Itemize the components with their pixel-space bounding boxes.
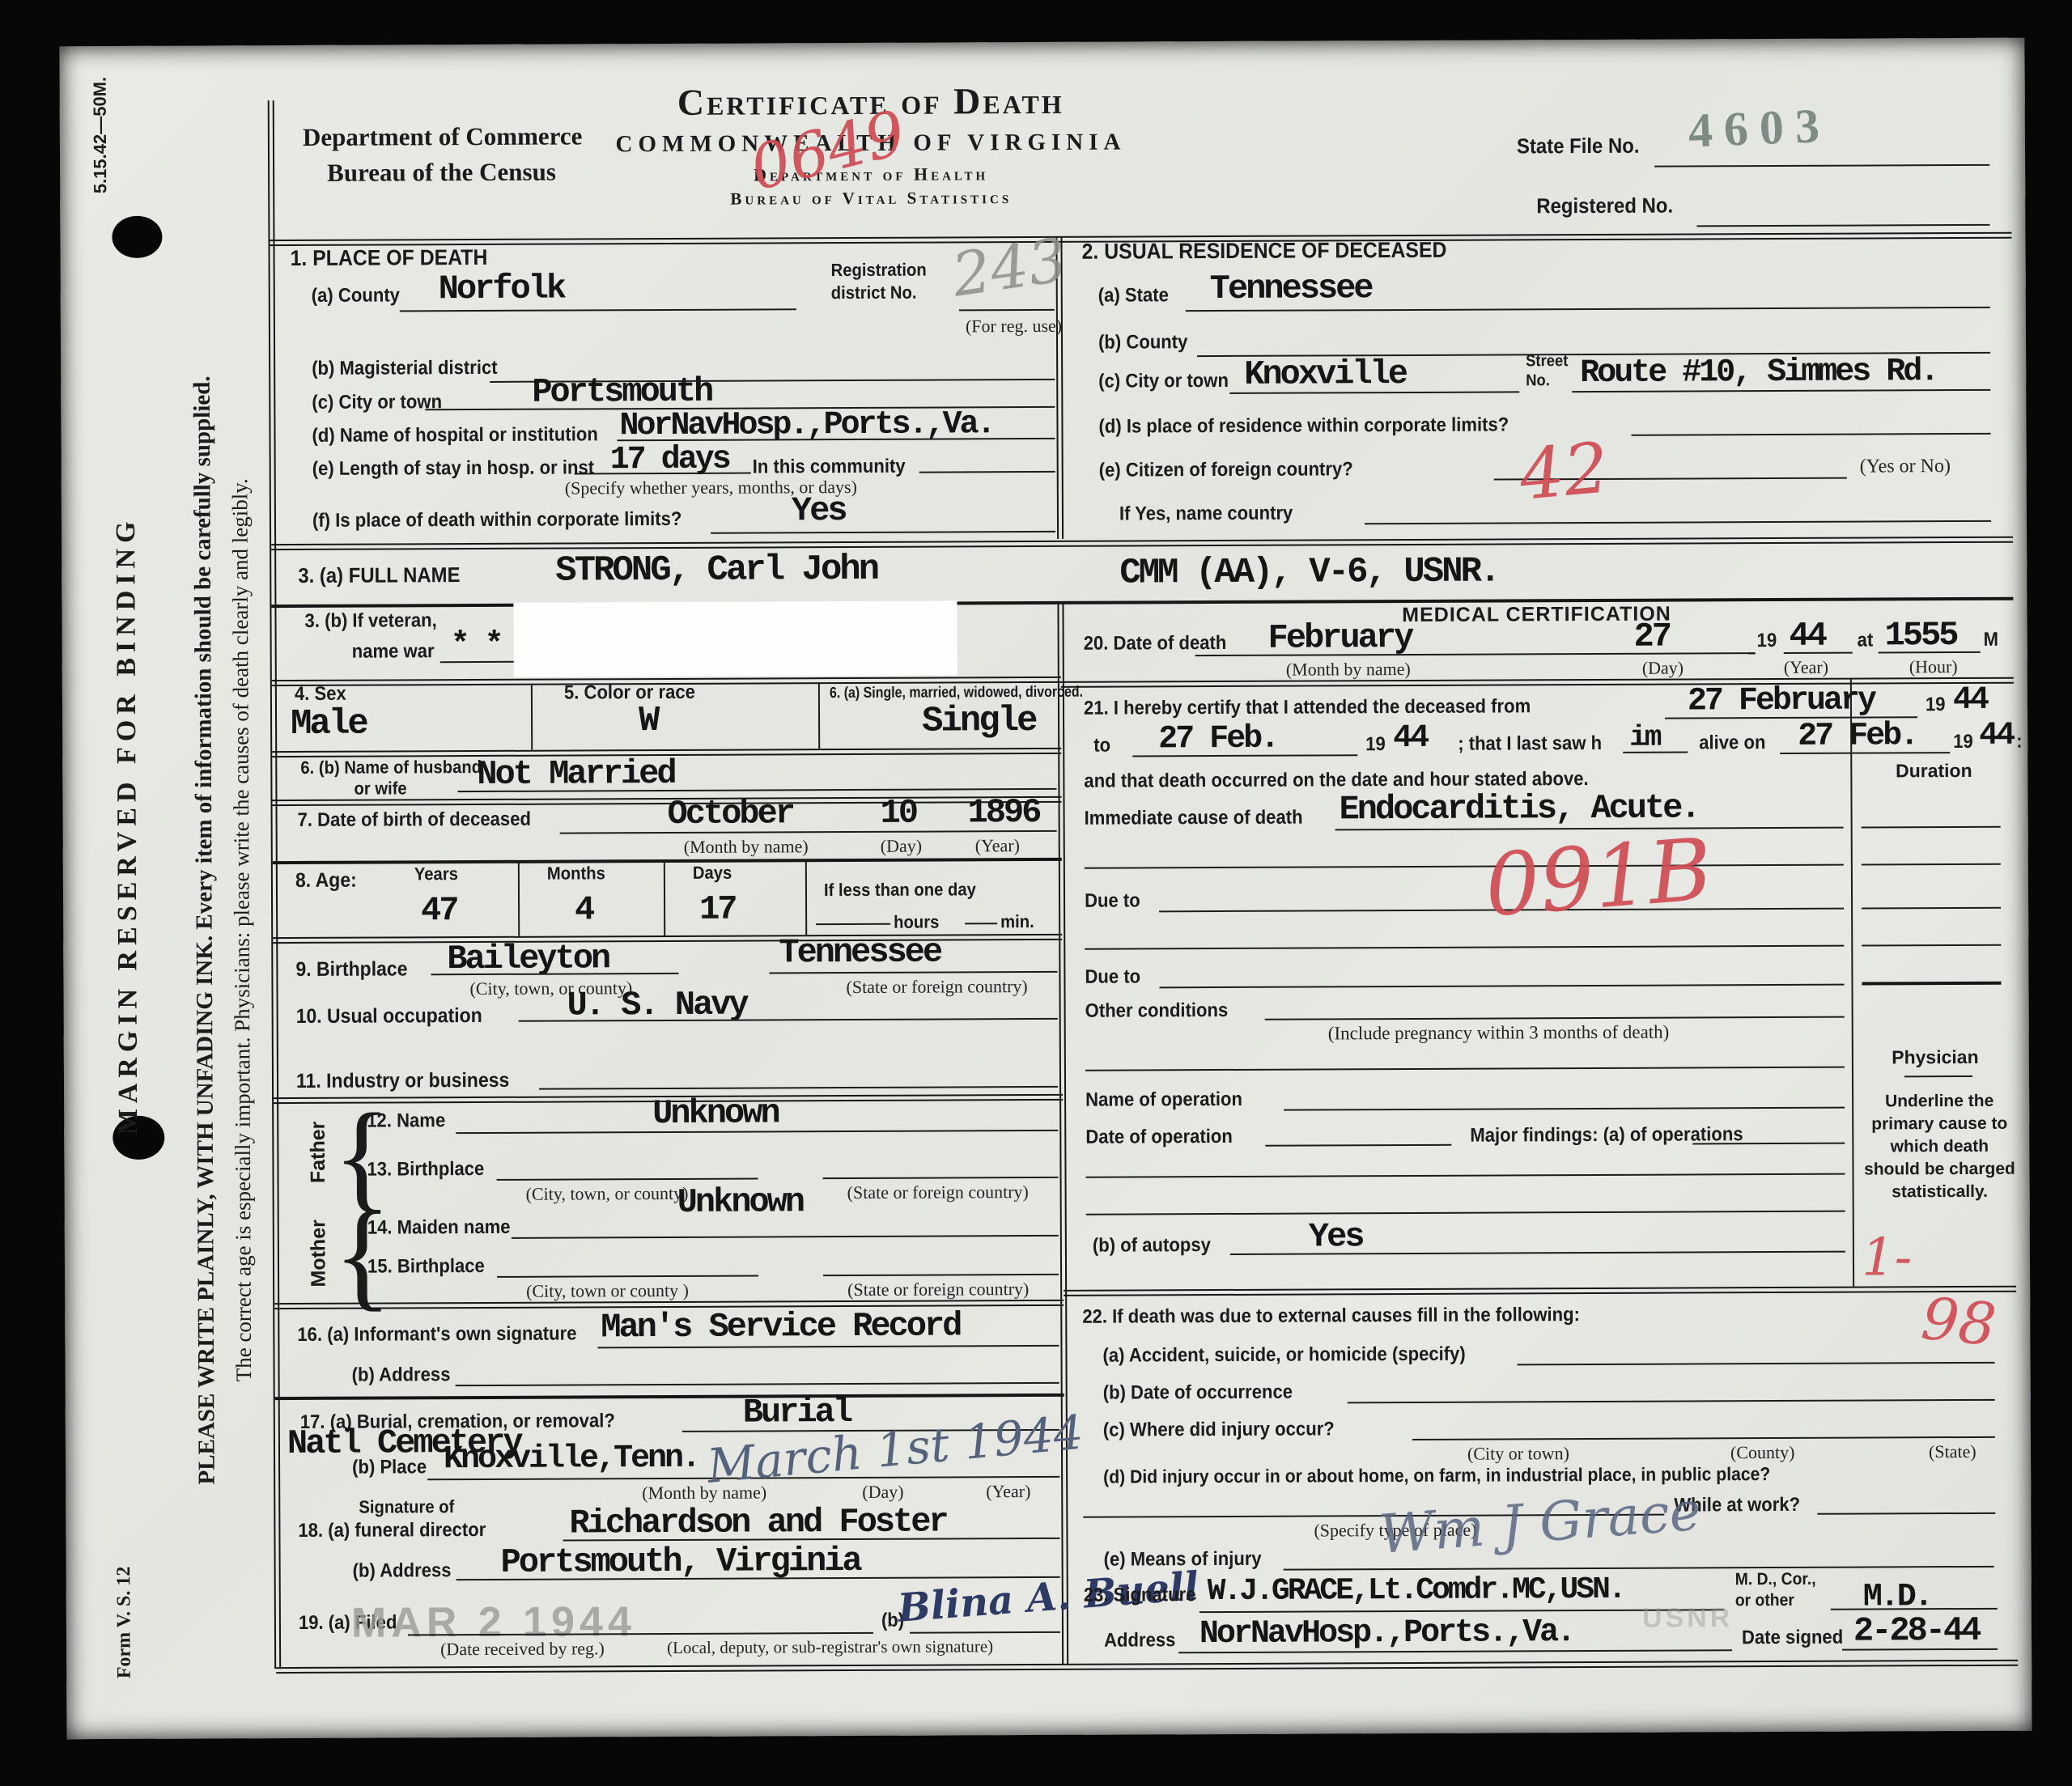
field-line: [1784, 652, 1853, 654]
father-name-label: 12. Name: [367, 1109, 445, 1132]
place-of-death-heading: 1. PLACE OF DEATH: [291, 245, 488, 271]
community-label: In this community: [753, 456, 906, 479]
burial-place-value: Knoxville,Tenn.: [444, 1440, 698, 1478]
year-note: (Year): [975, 835, 1020, 856]
cell-divider: [818, 682, 820, 749]
corporate-limits-label: (f) Is place of death within corporate l…: [312, 508, 681, 532]
cell-divider: [805, 860, 807, 935]
attended-from-value: 27 February: [1688, 682, 1875, 719]
rank-value: CMM (AA), V-6, USNR.: [1119, 552, 1498, 594]
field-line: [816, 923, 890, 925]
day-note: (Day): [881, 836, 922, 857]
md-cor-label: M. D., Cor.,: [1735, 1570, 1816, 1589]
yes-or-no-note: (Yes or No): [1860, 456, 1951, 477]
months-value: 4: [575, 890, 592, 929]
informant-label: 16. (a) Informant's own signature: [297, 1322, 576, 1347]
corporate-limits-value: Yes: [792, 491, 846, 530]
date-of-death-label: 20. Date of death: [1084, 632, 1227, 655]
duration-line-heavy: [1862, 982, 2001, 986]
punch-hole: [112, 216, 162, 258]
form-code: Form V. S. 12: [113, 1567, 136, 1679]
residence-corporate-label: (d) Is place of residence within corpora…: [1098, 414, 1509, 438]
full-name-label: 3. (a) FULL NAME: [298, 562, 460, 588]
date-signed-label: Date signed: [1742, 1627, 1843, 1650]
death-year: 44: [1790, 617, 1826, 655]
stay-label: (e) Length of stay in hosp. or inst: [312, 456, 594, 481]
spouse-value: Not Married: [477, 754, 674, 794]
state-foreign-note2: (State or foreign country): [847, 1279, 1029, 1300]
race-value: W: [639, 701, 658, 741]
funeral-address-label: (b) Address: [353, 1559, 452, 1583]
month-note: (Month by name): [1286, 659, 1411, 681]
birthplace-label: 9. Birthplace: [295, 957, 407, 982]
signature-of-label: Signature of: [359, 1496, 454, 1518]
informant-address-label: (b) Address: [352, 1364, 451, 1387]
printed-19: 19: [1953, 731, 1973, 753]
m-label: M: [1984, 629, 1999, 651]
marital-value: Single: [922, 701, 1036, 742]
last-saw-label: ; that I last saw h: [1458, 732, 1602, 756]
residence-city-label: (c) City or town: [1098, 370, 1229, 393]
mother-birthplace-label: 15. Birthplace: [367, 1255, 485, 1279]
month-note: (Month by name): [684, 836, 809, 858]
redaction-box: [513, 600, 957, 677]
veteran-label: 3. (b) If veteran,: [304, 609, 436, 633]
margin-instruction-1: PLEASE WRITE PLAINLY, WITH UNFADING INK.…: [189, 375, 221, 1484]
mother-label: Mother: [307, 1220, 330, 1287]
father-birthplace-label: 13. Birthplace: [367, 1158, 484, 1181]
state-note: (State): [1929, 1441, 1976, 1462]
spouse-label: 6. (b) Name of husband: [300, 757, 482, 778]
underline-instruction: Underline the primary cause to which dea…: [1861, 1090, 2019, 1204]
dob-month: October: [667, 794, 793, 834]
field-line: [965, 923, 997, 924]
signature-23-label: 23. Signature: [1084, 1584, 1196, 1607]
autopsy-label: (b) of autopsy: [1093, 1234, 1211, 1258]
state-file-number-stamp: 4603: [1688, 98, 1832, 159]
street-no-label: No.: [1526, 371, 1550, 390]
dob-year: 1896: [967, 793, 1039, 832]
days-label: Days: [693, 863, 732, 884]
name-country-label: If Yes, name country: [1119, 503, 1293, 526]
colon: :: [2016, 731, 2022, 753]
hour-note: (Hour): [1909, 656, 1958, 677]
printed-19: 19: [1757, 630, 1777, 652]
dob-label: 7. Date of birth of deceased: [298, 808, 531, 832]
handwritten-red-42: 42: [1516, 427, 1611, 516]
means-of-injury-label: (e) Means of injury: [1104, 1548, 1262, 1572]
print-code: 5.15.42—50M.: [90, 77, 112, 193]
hours-label: hours: [894, 912, 939, 933]
other-conditions-label: Other conditions: [1085, 999, 1229, 1023]
county-note: (County): [1730, 1442, 1795, 1463]
usnr-stamp: USNR: [1642, 1602, 1734, 1634]
funeral-address-value: Portsmouth, Virginia: [500, 1542, 860, 1582]
registered-no-label: Registered No.: [1536, 193, 1673, 219]
state-foreign-note: (State or foreign country): [846, 976, 1027, 998]
injury-where-label: (c) Where did injury occur?: [1103, 1418, 1335, 1441]
due-to-label2: Due to: [1085, 965, 1140, 988]
immediate-cause-label: Immediate cause of death: [1085, 807, 1303, 830]
county-label: (a) County: [312, 284, 400, 307]
name-of-operation-label: Name of operation: [1085, 1088, 1242, 1112]
cell-divider: [518, 862, 520, 936]
autopsy-value: Yes: [1309, 1217, 1363, 1256]
handwritten-red-091B: 091B: [1482, 820, 1716, 935]
binding-margin-text: MARGIN RESERVED FOR BINDING: [111, 515, 144, 1135]
field-line: [1623, 751, 1688, 753]
spouse-label2: or wife: [354, 778, 406, 799]
address-23-label: Address: [1104, 1629, 1175, 1652]
street-label: Street: [1526, 352, 1568, 371]
father-label: Father: [307, 1122, 330, 1184]
md-value: M.D.: [1863, 1579, 1931, 1615]
city-county-note2: (City, town or county ): [526, 1280, 689, 1302]
burial-value: Burial: [743, 1393, 851, 1432]
maiden-name-label: 14. Maiden name: [367, 1216, 511, 1240]
age-label: 8. Age:: [295, 869, 357, 893]
printed-19: 19: [1365, 733, 1386, 756]
residence-county-label: (b) County: [1098, 331, 1187, 354]
cell-divider: [664, 861, 665, 935]
attended-from-year: 44: [1953, 682, 1987, 719]
pregnancy-note: (Include pregnancy within 3 months of de…: [1328, 1022, 1670, 1045]
industry-label: 11. Industry or business: [296, 1069, 509, 1093]
physician-label: Physician: [1862, 1046, 2008, 1069]
alive-value: 27 Feb.: [1798, 718, 1917, 755]
alive-on-label: alive on: [1699, 732, 1765, 754]
scanned-death-certificate: 5.15.42—50M. MARGIN RESERVED FOR BINDING…: [0, 0, 2072, 1786]
informant-value: Man's Service Record: [601, 1306, 960, 1347]
occurrence-date-label: (b) Date of occurrence: [1103, 1381, 1293, 1405]
date-of-operation-label: Date of operation: [1085, 1126, 1233, 1149]
citizen-label: (e) Citizen of foreign country?: [1099, 458, 1353, 481]
registration-district-label2: district No.: [831, 282, 917, 303]
race-label: 5. Color or race: [564, 681, 695, 705]
signature-23-value: W.J.GRACE,Lt.Comdr.MC,USN.: [1208, 1572, 1624, 1609]
funeral-director-label: 18. (a) funeral director: [298, 1519, 486, 1542]
handwritten-red-98: 98: [1918, 1284, 1999, 1360]
bureau-census: Bureau of the Census: [327, 158, 556, 188]
sex-label: 4. Sex: [295, 683, 346, 706]
residence-heading: 2. USUAL RESIDENCE OF DECEASED: [1081, 238, 1446, 265]
to-label: to: [1093, 735, 1110, 757]
min-label: min.: [1000, 911, 1034, 932]
state-foreign-note: (State or foreign country): [847, 1181, 1029, 1203]
city-town-note: (City or town): [1467, 1443, 1569, 1465]
to-value: 27 Feb.: [1158, 721, 1277, 758]
magisterial-district-label: (b) Magisterial district: [312, 357, 498, 380]
father-name-value: Unknown: [652, 1093, 779, 1133]
full-name-value: STRONG, Carl John: [555, 549, 877, 592]
less-than-day-label: If less than one day: [824, 879, 976, 901]
funeral-director-value: Richardson and Foster: [569, 1502, 947, 1542]
at-label: at: [1858, 629, 1874, 651]
month-note: (Month by name): [642, 1482, 766, 1504]
registration-district-label: Registration: [831, 260, 927, 282]
year-note: (Year): [1784, 657, 1828, 678]
dob-day: 10: [880, 794, 916, 833]
death-day: 27: [1634, 617, 1671, 656]
printed-19: 19: [1926, 694, 1946, 716]
certify-label: 21. I hereby certify that I attended the…: [1084, 695, 1531, 719]
registrar-signature-note: (Local, deputy, or sub-registrar's own s…: [667, 1636, 993, 1658]
sex-value: Male: [291, 704, 367, 745]
hospital-label: (d) Name of hospital or institution: [312, 423, 597, 448]
date-received-note: (Date received by reg.): [440, 1638, 605, 1660]
cell-divider: [531, 684, 533, 750]
date-signed-value: 2-28-44: [1853, 1611, 1980, 1651]
state-file-label: State File No.: [1517, 134, 1640, 159]
street-value: Route #10, Simmes Rd.: [1580, 354, 1937, 392]
subtitle-vital: Bureau of Vital Statistics: [531, 187, 1211, 210]
burial-place-label: (b) Place: [352, 1456, 427, 1478]
city-or-town-label: (c) City or town: [312, 391, 442, 414]
him-value: im: [1629, 721, 1659, 754]
death-hour: 1555: [1885, 616, 1957, 655]
county-value: Norfolk: [439, 269, 565, 309]
days-value: 17: [699, 890, 736, 929]
birthplace-state: Tennessee: [779, 933, 940, 973]
day-note: (Day): [862, 1482, 903, 1503]
due-to-label: Due to: [1085, 889, 1140, 912]
for-reg-use-note: (For reg. use): [966, 316, 1062, 337]
months-label: Months: [547, 863, 605, 884]
accident-label: (a) Accident, suicide, or homicide (spec…: [1102, 1343, 1465, 1368]
city-or-town-value: Portsmouth: [532, 372, 711, 412]
marital-label: 6. (a) Single, married, widowed, divorce…: [830, 684, 1083, 702]
residence-state-value: Tennessee: [1210, 269, 1372, 308]
handwritten-red-1: 1-: [1862, 1228, 1913, 1288]
external-causes-heading: 22. If death was due to external causes …: [1082, 1304, 1580, 1329]
address-23-value: NorNavHosp.,Ports.,Va.: [1199, 1614, 1573, 1652]
immediate-cause-value: Endocarditis, Acute.: [1339, 788, 1698, 829]
residence-city-value: Knoxville: [1244, 354, 1406, 394]
physician-dash: [1904, 1075, 1972, 1077]
death-month: February: [1268, 618, 1412, 658]
residence-state-label: (a) State: [1098, 284, 1169, 307]
mother-maiden-value: Unknown: [677, 1182, 804, 1222]
alive-year: 44: [1979, 718, 2013, 754]
duration-label: Duration: [1861, 760, 2006, 783]
scan-sheet: 5.15.42—50M. MARGIN RESERVED FOR BINDING…: [0, 0, 2072, 1786]
name-war-label: name war: [352, 640, 435, 663]
years-label: Years: [414, 863, 458, 885]
occupation-label: 10. Usual occupation: [296, 1004, 482, 1029]
margin-instruction-2: The correct age is especially important.…: [227, 478, 257, 1381]
or-other-label: or other: [1735, 1591, 1794, 1610]
to-year: 44: [1393, 720, 1427, 757]
years-value: 47: [421, 891, 457, 930]
day-note: (Day): [1642, 658, 1683, 679]
city-county-note: (City, town, or county): [526, 1183, 689, 1205]
year-note: (Year): [986, 1481, 1030, 1502]
